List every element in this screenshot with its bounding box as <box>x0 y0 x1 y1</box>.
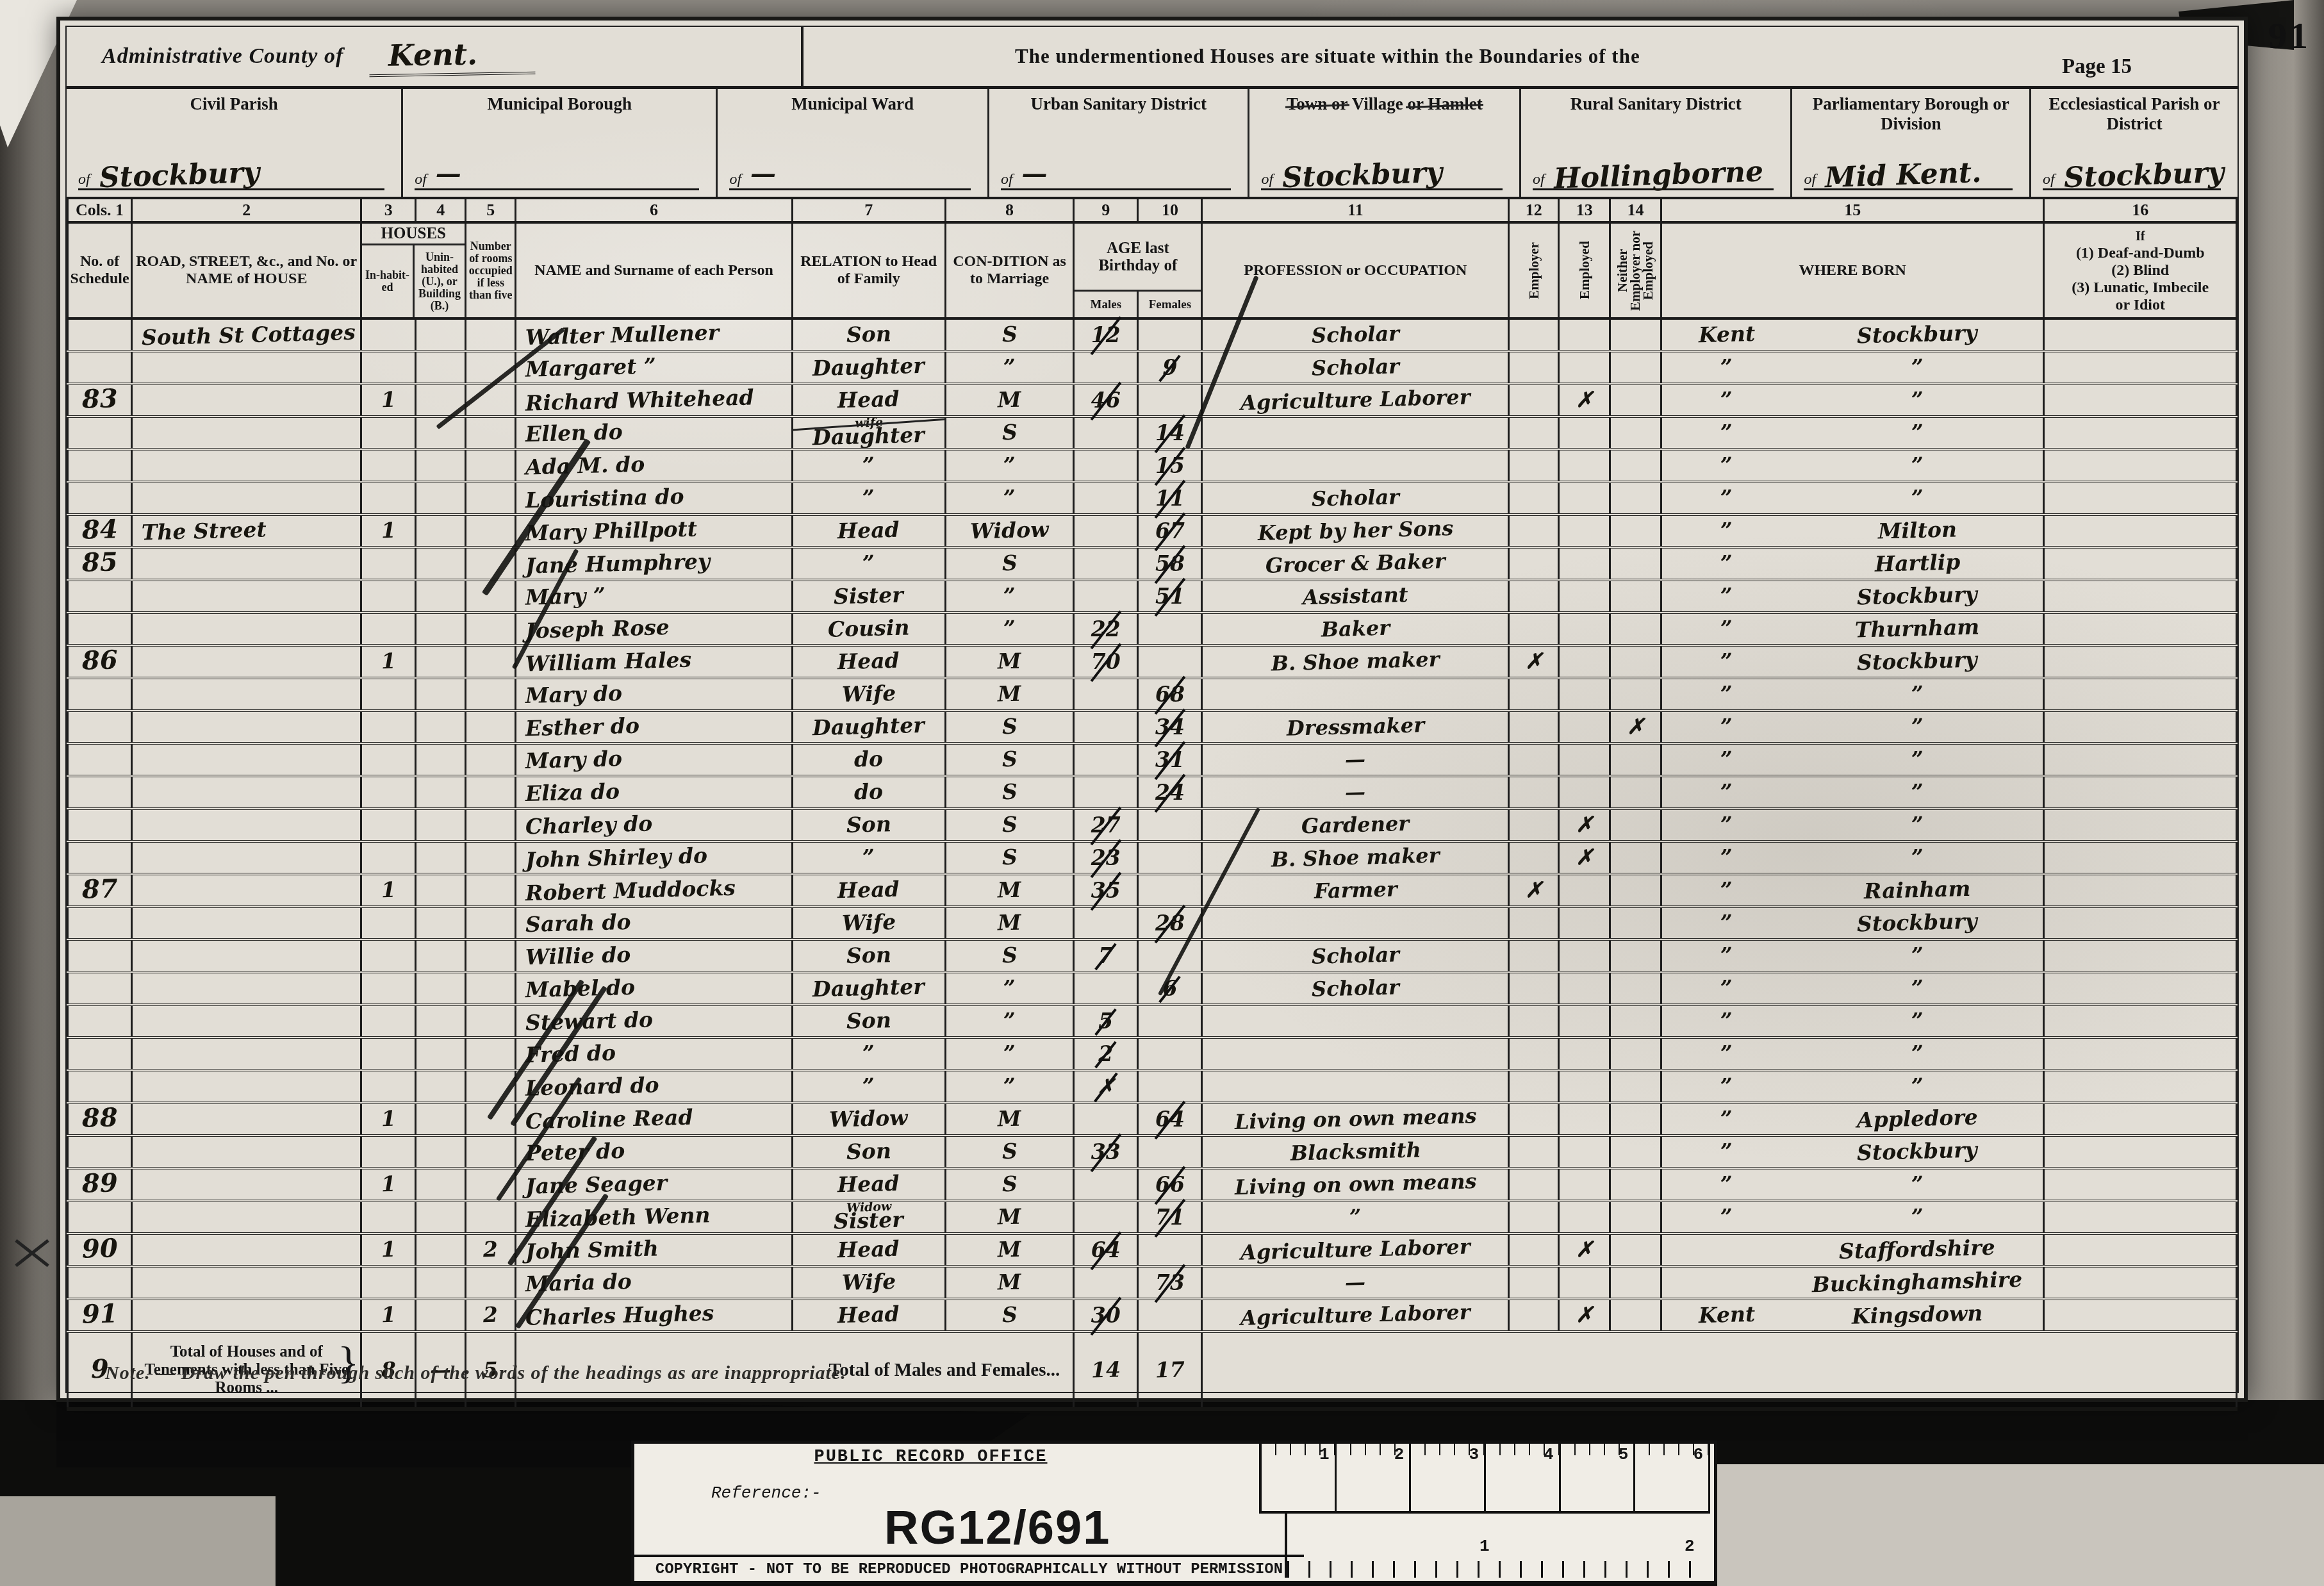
cell-where-born: ”Stockbury <box>1661 1136 2044 1168</box>
cell-schedule <box>68 351 132 384</box>
column-number: 4 <box>416 199 466 222</box>
cell-uninhabited <box>416 907 466 939</box>
district-box: Civil ParishofStockbury <box>67 89 403 197</box>
cell-employer-mark <box>1509 1005 1559 1037</box>
cell-neither-mark <box>1610 515 1661 547</box>
cell-rooms <box>466 1266 516 1299</box>
cell-age-female <box>1138 645 1202 678</box>
district-box: Ecclesiastical Parish or DistrictofStock… <box>2031 89 2237 197</box>
cell-occupation: Scholar <box>1202 972 1509 1005</box>
cell-infirmity <box>2044 613 2237 645</box>
header-age-title: AGE last Birthday of <box>1075 224 1201 290</box>
cell-age-female: 51 <box>1138 580 1202 613</box>
cell-condition: S <box>945 939 1073 972</box>
cell-age-male <box>1074 678 1138 711</box>
page-number: Page 15 <box>2062 55 2132 79</box>
cell-neither-mark <box>1610 351 1661 384</box>
cell-employed-mark <box>1559 1070 1610 1103</box>
cell-condition: ” <box>945 482 1073 515</box>
cell-occupation: Agriculture Laborer <box>1202 384 1509 417</box>
admin-county-value: Kent. <box>369 36 536 78</box>
cell-where-born: ”” <box>1661 743 2044 776</box>
admin-county-label: Administrative County of <box>102 44 343 69</box>
cell-infirmity <box>2044 1136 2237 1168</box>
cell-relation: Cousin <box>792 613 945 645</box>
scan-bottom-left <box>0 1496 276 1586</box>
cell-uninhabited <box>416 809 466 841</box>
cell-employed-mark <box>1559 1136 1610 1168</box>
cell-age-male <box>1074 1103 1138 1136</box>
district-box-label: Parliamentary Borough or Division <box>1792 94 2029 134</box>
cell-employed-mark <box>1559 613 1610 645</box>
cell-road <box>132 351 361 384</box>
cell-age-female <box>1138 809 1202 841</box>
cell-condition: M <box>945 1201 1073 1234</box>
cell-neither-mark <box>1610 318 1661 351</box>
district-box-label: Town or Village or Hamlet <box>1249 94 1519 114</box>
cell-occupation: Baker <box>1202 613 1509 645</box>
cell-relation: Son <box>792 1005 945 1037</box>
ruler-number: 4 <box>1486 1444 1561 1511</box>
cell-inhabited: 1 <box>361 874 416 907</box>
cell-neither-mark <box>1610 678 1661 711</box>
cell-uninhabited <box>416 645 466 678</box>
district-box-value: — <box>750 158 776 188</box>
cell-inhabited <box>361 449 416 482</box>
cell-name: Richard Whitehead <box>516 384 792 417</box>
cell-age-female: 9 <box>1138 351 1202 384</box>
cell-uninhabited <box>416 1266 466 1299</box>
cell-employed-mark: ✗ <box>1559 841 1610 874</box>
cell-condition: S <box>945 841 1073 874</box>
district-box-value: — <box>1022 158 1048 188</box>
person-row: Elizabeth WennWidowSisterM71””” <box>68 1201 2237 1234</box>
cell-road <box>132 1168 361 1201</box>
district-box-value: Mid Kent. <box>1824 160 1982 192</box>
column-number: 12 <box>1509 199 1559 222</box>
district-box-value: Hollingborne <box>1553 159 1763 192</box>
person-row: 831Richard WhiteheadHeadM46Agriculture L… <box>68 384 2237 417</box>
cell-inhabited <box>361 776 416 809</box>
cell-infirmity <box>2044 743 2237 776</box>
person-row: Joseph RoseCousin”22Baker”Thurnham <box>68 613 2237 645</box>
cell-relation: Head <box>792 1234 945 1266</box>
cell-employed-mark: ✗ <box>1559 384 1610 417</box>
cell-employer-mark <box>1509 580 1559 613</box>
cell-condition: ” <box>945 1037 1073 1070</box>
cell-age-male: 33 <box>1074 1136 1138 1168</box>
cell-road <box>132 1005 361 1037</box>
cell-condition: S <box>945 711 1073 743</box>
cell-where-born: ”” <box>1661 1037 2044 1070</box>
cell-road <box>132 384 361 417</box>
header-rooms: Number of rooms occupied if less than fi… <box>466 222 516 318</box>
cell-age-male <box>1074 711 1138 743</box>
cell-employed-mark <box>1559 743 1610 776</box>
district-box: Town or Village or HamletofStockbury <box>1249 89 1521 197</box>
cell-schedule <box>68 939 132 972</box>
cell-schedule <box>68 1005 132 1037</box>
cell-road <box>132 580 361 613</box>
cell-road <box>132 1136 361 1168</box>
cell-employed-mark <box>1559 874 1610 907</box>
cell-relation: ” <box>792 1070 945 1103</box>
person-row: Stewart doSon”5”” <box>68 1005 2237 1037</box>
header-road: ROAD, STREET, &c., and No. or NAME of HO… <box>132 222 361 318</box>
column-headers-row: No. of Schedule ROAD, STREET, &c., and N… <box>68 222 2237 318</box>
cell-infirmity <box>2044 939 2237 972</box>
cell-rooms <box>466 1037 516 1070</box>
cell-age-male: 64 <box>1074 1234 1138 1266</box>
cell-road <box>132 711 361 743</box>
cell-age-female <box>1138 1005 1202 1037</box>
cell-age-female <box>1138 1037 1202 1070</box>
cell-neither-mark <box>1610 1070 1661 1103</box>
cell-age-male <box>1074 776 1138 809</box>
header-houses: HOUSES In-habit-ed Unin-habited (U.), or… <box>361 222 466 318</box>
person-row: Leonard do””✗”” <box>68 1070 2237 1103</box>
header-employed: Employed <box>1559 222 1610 318</box>
person-row: Willie doSonS7Scholar”” <box>68 939 2237 972</box>
cell-age-female: 64 <box>1138 1103 1202 1136</box>
cell-employed-mark <box>1559 515 1610 547</box>
cell-inhabited: 1 <box>361 515 416 547</box>
cell-neither-mark <box>1610 580 1661 613</box>
cell-condition: M <box>945 1103 1073 1136</box>
cell-inhabited <box>361 1070 416 1103</box>
cell-employer-mark <box>1509 1234 1559 1266</box>
cell-inhabited: 1 <box>361 1234 416 1266</box>
cell-where-born: ”” <box>1661 972 2044 1005</box>
cell-where-born: ”” <box>1661 939 2044 972</box>
column-numbers-row: Cols. 12345678910111213141516 <box>68 199 2237 222</box>
ruler-number: 5 <box>1561 1444 1636 1511</box>
cell-age-male: 23 <box>1074 841 1138 874</box>
cell-name: Charley do <box>516 809 792 841</box>
person-row: Mabel doDaughter”6Scholar”” <box>68 972 2237 1005</box>
cell-infirmity <box>2044 711 2237 743</box>
cell-rooms <box>466 939 516 972</box>
cell-road <box>132 1070 361 1103</box>
cell-road: The Street <box>132 515 361 547</box>
cell-relation: ” <box>792 1037 945 1070</box>
person-row: Sarah doWifeM28”Stockbury <box>68 907 2237 939</box>
cell-inhabited <box>361 1136 416 1168</box>
cell-relation: Head <box>792 874 945 907</box>
cell-infirmity <box>2044 776 2237 809</box>
person-row: Louristina do””11Scholar”” <box>68 482 2237 515</box>
cell-where-born: ”” <box>1661 809 2044 841</box>
cell-employer-mark <box>1509 743 1559 776</box>
cell-employed-mark <box>1559 417 1610 449</box>
column-number: 8 <box>945 199 1073 222</box>
cell-relation: WidowSister <box>792 1201 945 1234</box>
column-number: 9 <box>1074 199 1138 222</box>
cell-name: Peter do <box>516 1136 792 1168</box>
cell-inhabited <box>361 547 416 580</box>
cell-schedule <box>68 417 132 449</box>
cell-neither-mark <box>1610 1103 1661 1136</box>
cell-employer-mark <box>1509 939 1559 972</box>
cell-relation: Son <box>792 939 945 972</box>
cell-uninhabited <box>416 351 466 384</box>
pro-reference-label: Reference:- <box>711 1483 821 1503</box>
person-row: 891Jane SeagerHeadS66Living on own means… <box>68 1168 2237 1201</box>
cell-road <box>132 939 361 972</box>
pro-office-title: PUBLIC RECORD OFFICE <box>634 1448 1227 1467</box>
cell-age-female <box>1138 613 1202 645</box>
cell-age-male <box>1074 547 1138 580</box>
cell-name: Sarah do <box>516 907 792 939</box>
cell-occupation <box>1202 417 1509 449</box>
cell-occupation: B. Shoe maker <box>1202 645 1509 678</box>
cell-employer-mark <box>1509 449 1559 482</box>
cell-infirmity <box>2044 645 2237 678</box>
cell-schedule <box>68 972 132 1005</box>
cell-employed-mark <box>1559 939 1610 972</box>
cell-name: Mabel do <box>516 972 792 1005</box>
ruler-number: 2 <box>1685 1537 1695 1556</box>
cell-uninhabited <box>416 580 466 613</box>
cell-uninhabited <box>416 1201 466 1234</box>
cell-occupation: — <box>1202 1266 1509 1299</box>
cell-relation: Head <box>792 384 945 417</box>
cell-infirmity <box>2044 1299 2237 1332</box>
cell-where-born: ”Appledore <box>1661 1103 2044 1136</box>
cell-condition: S <box>945 417 1073 449</box>
cell-age-male: 46 <box>1074 384 1138 417</box>
cell-schedule <box>68 318 132 351</box>
cell-where-born: ”” <box>1661 482 2044 515</box>
cell-schedule <box>68 776 132 809</box>
cell-infirmity <box>2044 1103 2237 1136</box>
cell-schedule <box>68 809 132 841</box>
header-occupation: PROFESSION or OCCUPATION <box>1202 222 1509 318</box>
column-number: 6 <box>516 199 792 222</box>
cell-infirmity <box>2044 449 2237 482</box>
cell-where-born: Staffordshire <box>1661 1234 2044 1266</box>
cell-rooms <box>466 809 516 841</box>
cell-rooms <box>466 874 516 907</box>
cell-employer-mark <box>1509 1136 1559 1168</box>
cell-employer-mark <box>1509 841 1559 874</box>
cell-infirmity <box>2044 318 2237 351</box>
cell-employed-mark <box>1559 580 1610 613</box>
cell-name: Eliza do <box>516 776 792 809</box>
cell-infirmity <box>2044 515 2237 547</box>
cell-uninhabited <box>416 841 466 874</box>
ruler-scale-bottom: 1 2 <box>1285 1514 1710 1578</box>
cell-age-male <box>1074 1168 1138 1201</box>
cell-uninhabited <box>416 482 466 515</box>
cell-schedule: 86 <box>68 645 132 678</box>
cell-schedule: 87 <box>68 874 132 907</box>
cell-employed-mark <box>1559 482 1610 515</box>
district-box-label: Rural Sanitary District <box>1521 94 1791 114</box>
cell-condition: ” <box>945 1070 1073 1103</box>
cell-name: Ellen do <box>516 417 792 449</box>
cell-employer-mark <box>1509 547 1559 580</box>
total-males: 14 <box>1074 1332 1138 1409</box>
cell-employer-mark: ✗ <box>1509 645 1559 678</box>
cell-inhabited: 1 <box>361 1168 416 1201</box>
cell-infirmity <box>2044 547 2237 580</box>
header-infirmity: If (1) Deaf-and-Dumb(2) Blind(3) Lunatic… <box>2044 222 2237 318</box>
cell-age-female <box>1138 318 1202 351</box>
cell-rooms <box>466 711 516 743</box>
cell-infirmity <box>2044 809 2237 841</box>
person-row: Maria doWifeM73—Buckinghamshire <box>68 1266 2237 1299</box>
cell-name: John Smith <box>516 1234 792 1266</box>
cell-inhabited <box>361 907 416 939</box>
cell-age-male <box>1074 1201 1138 1234</box>
cell-where-born: ”” <box>1661 1005 2044 1037</box>
cell-uninhabited <box>416 613 466 645</box>
cell-condition: M <box>945 384 1073 417</box>
cell-where-born: ”Stockbury <box>1661 580 2044 613</box>
cell-infirmity <box>2044 1234 2237 1266</box>
cell-uninhabited <box>416 711 466 743</box>
cell-employed-mark <box>1559 776 1610 809</box>
cell-road <box>132 841 361 874</box>
cell-occupation <box>1202 1005 1509 1037</box>
cell-rooms <box>466 743 516 776</box>
cell-schedule <box>68 711 132 743</box>
cell-relation: Sister <box>792 580 945 613</box>
cell-occupation <box>1202 1070 1509 1103</box>
cell-employer-mark <box>1509 776 1559 809</box>
cell-rooms <box>466 515 516 547</box>
cell-age-female: 67 <box>1138 515 1202 547</box>
person-row: 85Jane Humphrey”S58Grocer & Baker”Hartli… <box>68 547 2237 580</box>
cell-name: Charles Hughes <box>516 1299 792 1332</box>
cell-condition: Widow <box>945 515 1073 547</box>
cell-neither-mark <box>1610 809 1661 841</box>
cell-condition: ” <box>945 351 1073 384</box>
cell-neither-mark <box>1610 645 1661 678</box>
cell-occupation: ” <box>1202 1201 1509 1234</box>
cell-inhabited <box>361 318 416 351</box>
cell-inhabited: 1 <box>361 1299 416 1332</box>
cell-neither-mark <box>1610 972 1661 1005</box>
cell-employer-mark <box>1509 907 1559 939</box>
header-name: NAME and Surname of each Person <box>516 222 792 318</box>
cell-occupation: Blacksmith <box>1202 1136 1509 1168</box>
cell-inhabited <box>361 580 416 613</box>
cell-where-born: ”” <box>1661 1070 2044 1103</box>
cell-age-female: 71 <box>1138 1201 1202 1234</box>
cell-neither-mark: ✗ <box>1610 711 1661 743</box>
cell-infirmity <box>2044 841 2237 874</box>
cell-condition: ” <box>945 613 1073 645</box>
column-number: Cols. 1 <box>68 199 132 222</box>
cell-employed-mark <box>1559 351 1610 384</box>
cell-employer-mark <box>1509 613 1559 645</box>
person-row: 84The Street1Mary PhillpottHeadWidow67Ke… <box>68 515 2237 547</box>
cell-employer-mark <box>1509 1037 1559 1070</box>
person-row: Mary ”Sister”51Assistant”Stockbury <box>68 580 2237 613</box>
person-row: 861William HalesHeadM70B. Shoe maker✗”St… <box>68 645 2237 678</box>
cell-age-female: 58 <box>1138 547 1202 580</box>
cell-occupation: Grocer & Baker <box>1202 547 1509 580</box>
cell-occupation: B. Shoe maker <box>1202 841 1509 874</box>
cell-schedule <box>68 1037 132 1070</box>
cell-where-born: ”” <box>1661 1201 2044 1234</box>
cell-name: Ada M. do <box>516 449 792 482</box>
cell-road: South St Cottages <box>132 318 361 351</box>
cell-infirmity <box>2044 384 2237 417</box>
cell-where-born: ”Rainham <box>1661 874 2044 907</box>
person-row: John Shirley do”S23B. Shoe maker✗”” <box>68 841 2237 874</box>
cell-rooms <box>466 1136 516 1168</box>
cell-neither-mark <box>1610 1136 1661 1168</box>
header-uninhabited: Unin-habited (U.), or Building (B.) <box>415 245 465 317</box>
cell-uninhabited <box>416 939 466 972</box>
person-row: 881Caroline ReadWidowM64Living on own me… <box>68 1103 2237 1136</box>
cell-schedule <box>68 449 132 482</box>
cell-road <box>132 809 361 841</box>
person-row: Peter doSonS33Blacksmith”Stockbury <box>68 1136 2237 1168</box>
cell-age-female <box>1138 841 1202 874</box>
cell-employed-mark <box>1559 1103 1610 1136</box>
cell-inhabited <box>361 482 416 515</box>
cell-where-born: ”Thurnham <box>1661 613 2044 645</box>
cell-infirmity <box>2044 1266 2237 1299</box>
cell-inhabited: 1 <box>361 645 416 678</box>
column-number: 15 <box>1661 199 2044 222</box>
cell-relation: do <box>792 776 945 809</box>
person-row: Mary dodoS31—”” <box>68 743 2237 776</box>
cell-neither-mark <box>1610 482 1661 515</box>
cell-employer-mark <box>1509 417 1559 449</box>
cell-inhabited <box>361 711 416 743</box>
cell-name: Mary Phillpott <box>516 515 792 547</box>
cell-age-male: 2 <box>1074 1037 1138 1070</box>
cell-condition: S <box>945 776 1073 809</box>
cell-employed-mark <box>1559 1005 1610 1037</box>
cell-employed-mark <box>1559 678 1610 711</box>
cell-condition: M <box>945 645 1073 678</box>
cell-condition: S <box>945 547 1073 580</box>
cell-name: Esther do <box>516 711 792 743</box>
cell-rooms <box>466 613 516 645</box>
enumeration-table: Cols. 12345678910111213141516 No. of Sch… <box>67 199 2237 1411</box>
header-age-males: Males <box>1075 292 1139 317</box>
cell-relation: do <box>792 743 945 776</box>
cell-where-born: KentStockbury <box>1661 318 2044 351</box>
cell-employed-mark <box>1559 711 1610 743</box>
cell-occupation: Scholar <box>1202 482 1509 515</box>
cell-inhabited <box>361 1201 416 1234</box>
cell-inhabited <box>361 972 416 1005</box>
cell-name: Robert Muddocks <box>516 874 792 907</box>
cell-condition: S <box>945 318 1073 351</box>
person-row: Margaret ”Daughter”9Scholar”” <box>68 351 2237 384</box>
cell-road <box>132 678 361 711</box>
cell-uninhabited <box>416 743 466 776</box>
cell-rooms <box>466 972 516 1005</box>
cell-age-female <box>1138 1136 1202 1168</box>
cell-where-born: ”” <box>1661 841 2044 874</box>
cell-relation: Daughter <box>792 711 945 743</box>
cell-neither-mark <box>1610 1005 1661 1037</box>
cell-employed-mark <box>1559 547 1610 580</box>
cell-occupation: Agriculture Laborer <box>1202 1299 1509 1332</box>
census-page: Administrative County of Kent. The under… <box>56 17 2248 1402</box>
cell-neither-mark <box>1610 776 1661 809</box>
district-box-value: Stockbury <box>1281 160 1442 192</box>
cell-name: Jane Humphrey <box>516 547 792 580</box>
